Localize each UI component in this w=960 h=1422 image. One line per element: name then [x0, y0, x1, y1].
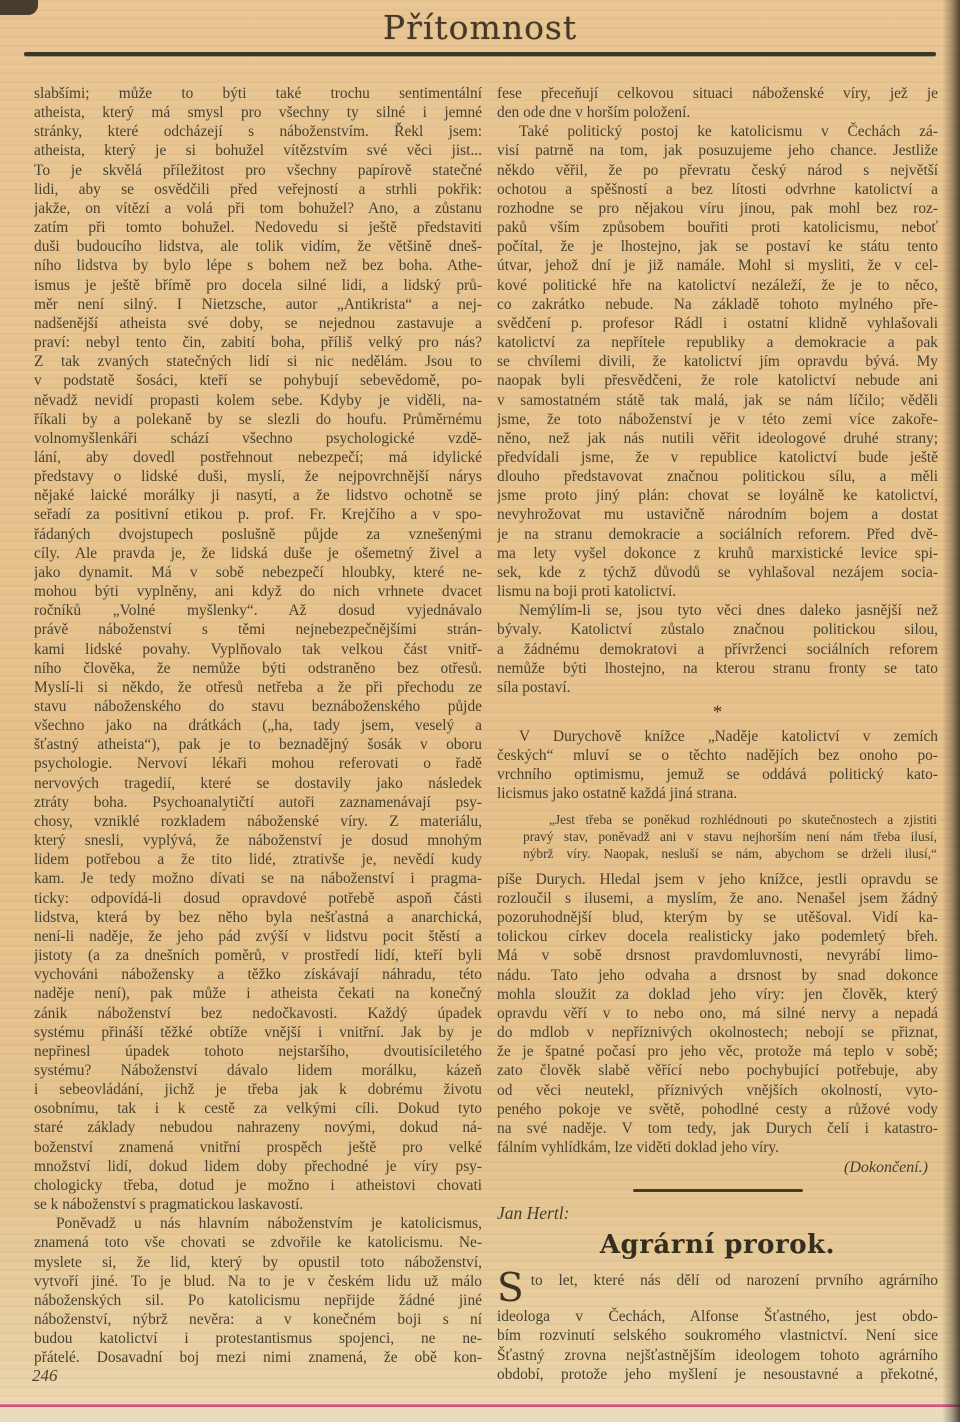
- text-line: atheista, který je si bohužel vítězstvím…: [34, 141, 482, 160]
- text-line: osobnímu, tak i k cestě za velkými cíli.…: [34, 1099, 482, 1118]
- text-line: ochotou a spěšností a bez lítosti odvrhn…: [497, 180, 938, 199]
- text-line: peného pokoje ve světě, pohodlné cesty a…: [497, 1100, 938, 1119]
- text-line: ztráty boha. Psychoanalytičtí autoři zaz…: [34, 793, 482, 812]
- text-line: stavu náboženského do stavu beznábožensk…: [34, 697, 482, 716]
- text-line: jako dynamit. Má v sobě nebezpečí hloubk…: [34, 563, 482, 582]
- text-line: vychováni nábožensky a těžko získávají n…: [34, 965, 482, 984]
- text-line: vrchního optimismu, jemuž se oddává poli…: [497, 765, 938, 784]
- text-line: nýbrž víry. Naopak, nesluší se nám, abyc…: [523, 845, 937, 862]
- quote-block: „Jest třeba se poněkud rozhlédnouti po s…: [523, 811, 937, 863]
- text-line: cíly. Ale pravda je, že lidská duše je o…: [34, 544, 482, 563]
- text-line: kam. Je tedy možno dívati se na nábožens…: [34, 869, 482, 888]
- text-line: mohla sloužit za doklad jeho víry: jen č…: [497, 985, 938, 1004]
- text-line: katolictví za nepřítele republiky a demo…: [497, 333, 938, 352]
- text-line: množství lidí, dokud lidem doby přechodn…: [34, 1157, 482, 1176]
- text-line: něno, než jak nás nutili věřit ideologov…: [497, 429, 938, 448]
- paragraph: Také politický postoj ke katolicismu v Č…: [497, 122, 938, 601]
- text-line: co zakrátko nebude. Na základě tohoto my…: [497, 295, 938, 314]
- text-line: rozhodne se pro nějakou víru jinou, pak …: [497, 199, 938, 218]
- text-line: měr není silný. I Nietzsche, autor „Anti…: [34, 295, 482, 314]
- text-line: zánik náboženství bez nedočkavosti. Každ…: [34, 1004, 482, 1023]
- text-line: v samostatném státě tak malá, jak se nám…: [497, 391, 938, 410]
- text-line: znamená toto vše chovati se zdvořile ke …: [34, 1233, 482, 1252]
- text-line: atheista, který má smysl pro všechny ty …: [34, 103, 482, 122]
- text-line: seřadí za positivní etikou p. prof. Fr. …: [34, 505, 482, 524]
- text-line: představy o lidské duši, myslí, že nejpo…: [34, 467, 482, 486]
- text-line: šťastný atheista“), pak je to beznadějný…: [34, 735, 482, 754]
- text-line: nervových tragedií, které se dostavily j…: [34, 774, 482, 793]
- text-line: tolickou církev docela realisticky jako …: [497, 927, 938, 946]
- text-line: který snesli, vyplývá, že náboženství je…: [34, 831, 482, 850]
- continuation-note: (Dokončení.): [497, 1157, 938, 1179]
- text-line: se k náboženství s pragmatickou laskavos…: [34, 1195, 482, 1214]
- text-line: ideologa v Čechách, Alfonse Šťastného, j…: [497, 1307, 938, 1326]
- text-line: není-li naděje, že jeho pád zvýší v lids…: [34, 927, 482, 946]
- text-line: lidem potřebou a že tito lidé, ztrativše…: [34, 850, 482, 869]
- page-edge-shadow: [942, 0, 960, 1422]
- paragraph: fese přeceňují celkovou situaci nábožens…: [497, 84, 938, 122]
- text-line: Šťastný zrovna nejšťastnějším ideologem …: [497, 1346, 938, 1365]
- text-line: přátelé. Dosavadní boj mezi nimi znamená…: [34, 1348, 482, 1367]
- text-line: ního člověka, že nemůže býti odstraněno …: [34, 659, 482, 678]
- text-line: píše Durych. Hledal jsem v jeho knížce, …: [497, 870, 938, 889]
- text-line: ročníků „Volné myšlenky“. Až dosud vyjed…: [34, 601, 482, 620]
- text-line: staré základy nebudou nahrazeny novými, …: [34, 1118, 482, 1137]
- masthead-rule: [24, 52, 936, 56]
- text-line: do mdlob v nepříznivých okolnostech; neb…: [497, 1023, 938, 1042]
- text-line: nádu. Tato jeho odvaha a drsnost by snad…: [497, 966, 938, 985]
- text-line: českých“ mluví se o těchto nadějích bez …: [497, 746, 938, 765]
- text-line: stránky, které odcházejí s náboženstvím.…: [34, 122, 482, 141]
- text-line: „Jest třeba se poněkud rozhlédnouti po s…: [523, 811, 937, 828]
- text-line: od věci neutekl, příznivých vnějších oko…: [497, 1081, 938, 1100]
- paragraph: V Durychově knížce „Naděje katolictví v …: [497, 727, 938, 804]
- text-line: kami lidské povahy. Vyplňovalo tak velko…: [34, 640, 482, 659]
- page-number: 246: [32, 1366, 58, 1386]
- text-line: počítal, že je lhostejno, jak se postaví…: [497, 237, 938, 256]
- text-line: svědčení p. profesor Rádl i ostatní klid…: [497, 314, 938, 333]
- text-line: duši budoucího lidstva, ale tolik vidím,…: [34, 237, 482, 256]
- text-line: boženství znamená vnitřní prospěch ještě…: [34, 1138, 482, 1157]
- right-text-column: fese přeceňují celkovou situaci nábožens…: [497, 84, 938, 1384]
- text-line: ního lidstva by bylo lépe s bohem než be…: [34, 256, 482, 275]
- text-line: pozoruhodnější blud, kterým by se utěšov…: [497, 908, 938, 927]
- text-line: že je špatné počasí pro jeho věc, protož…: [497, 1042, 938, 1061]
- text-line: systému přináší těžké obtíže vnější i vn…: [34, 1023, 482, 1042]
- text-line: den ode dne v horším položení.: [497, 103, 938, 122]
- text-line: ticky: odpovídá-li dosud opravdové potře…: [34, 889, 482, 908]
- text-line: opravdu věří v to nebo ono, má silné ner…: [497, 1004, 938, 1023]
- text-line: fálním vyhlídkám, lze viděti doklad jeho…: [497, 1138, 938, 1157]
- paragraph: píše Durych. Hledal jsem v jeho knížce, …: [497, 870, 938, 1157]
- text-line: Také politický postoj ke katolicismu v Č…: [497, 122, 938, 141]
- text-line: lismu na boji proti katolictví.: [497, 582, 938, 601]
- text-line: volnomyšlenkáři schází všechno psycholog…: [34, 429, 482, 448]
- text-line: lidi, aby se osvědčili před veřejností a…: [34, 180, 482, 199]
- text-line: jakže, on vítězí a volá při tom bohužel?…: [34, 199, 482, 218]
- text-line: praví: nebyl tento čin, zabití boha, pří…: [34, 333, 482, 352]
- article-author: Jan Hertl:: [497, 1202, 938, 1224]
- text-line: budou katolictví i protestantismus spoje…: [34, 1329, 482, 1348]
- left-text-column: slabšími; může to býti také trochu senti…: [34, 84, 482, 1367]
- text-line: jsme, že toto náboženství je v této zemi…: [497, 410, 938, 429]
- text-line: jsme proto jiný plán: chovat se loyálně …: [497, 486, 938, 505]
- text-line: říkali by a polekaně by se slezli do hou…: [34, 410, 482, 429]
- text-line: všechno jako na drátkách („ha, tady jsem…: [34, 716, 482, 735]
- text-line: slabšími; může to býti také trochu senti…: [34, 84, 482, 103]
- text-line: i sebeovládání, jichž je třeba jak k dob…: [34, 1080, 482, 1099]
- text-line: nemůže býti lhostejno, na kterou stranu …: [497, 659, 938, 678]
- drop-cap: S: [497, 1271, 531, 1307]
- text-line: někdo věřil, že po převratu český národ …: [497, 161, 938, 180]
- text-line: V Durychově knížce „Naděje katolictví v …: [497, 727, 938, 746]
- text-line: pravý stav, poněvadž ani v stavu nejhorš…: [523, 828, 937, 845]
- bottom-margin: [0, 1407, 960, 1422]
- text-line: rozloučil s ilusemi, a myslím, že ano. N…: [497, 889, 938, 908]
- text-line: kové politické hře na katolictví nezálež…: [497, 276, 938, 295]
- text-line: sek, kde z týchž důvodů se vyhlašoval ne…: [497, 563, 938, 582]
- text-line: nadšenější atheista své doby, se nejedno…: [34, 314, 482, 333]
- text-line: a žádnému demokratovi a přívrženci sociá…: [497, 640, 938, 659]
- text-line: právě náboženství s těmi nejnebezpečnějš…: [34, 620, 482, 639]
- text-line: zatím při tomto bohužel. Nedovedu si ješ…: [34, 218, 482, 237]
- text-line: řádaných dvojstupech poslušně půjde za v…: [34, 525, 482, 544]
- text-line: v podstatě šosáci, kteří se pohybují seb…: [34, 371, 482, 390]
- text-line: visí patrně na tom, jak posuzujeme jeho …: [497, 141, 938, 160]
- text-line: něvadž nevidí propasti kolem sebe. Kdyby…: [34, 391, 482, 410]
- text-line: Má v sobě drsnost pravdomluvnosti, nevyr…: [497, 946, 938, 965]
- text-line: síla postaví.: [497, 678, 938, 697]
- paragraph: Sto let, které nás dělí od narození prvn…: [497, 1271, 938, 1384]
- text-line: mohou býti vyplněny, ani když do nich vr…: [34, 582, 482, 601]
- text-line: nepřinesl úpadek tohoto nejstaršího, dvo…: [34, 1042, 482, 1061]
- text-line: fese přeceňují celkovou situaci nábožens…: [497, 84, 938, 103]
- text-line: období, protože jeho myšlení je nesousta…: [497, 1365, 938, 1384]
- text-line: lání, aby dovedl postřehnout nebezpečí; …: [34, 448, 482, 467]
- text-line: licismus jako ostatně každá jiná strana.: [497, 784, 938, 803]
- text-line: na své naděje. V tom tedy, jak Durych če…: [497, 1119, 938, 1138]
- text-line: dlouho představovat značnou politickou s…: [497, 467, 938, 486]
- paragraph: Poněvadž u nás hlavním náboženstvím je k…: [34, 1214, 482, 1367]
- section-separator: *: [497, 702, 938, 724]
- text-line: ma lety vyšel dokonce z kruhů marxistick…: [497, 544, 938, 563]
- text-line: náboženství, nýbrž nevěra: a v konečném …: [34, 1310, 482, 1329]
- text-line: naděje není), pak může i atheista čekati…: [34, 984, 482, 1003]
- text-line: psychologie. Nervoví lékaři mohou refero…: [34, 754, 482, 773]
- paragraph: Nemýlím-li se, jsou tyto věci dnes dalek…: [497, 601, 938, 697]
- text-line: lidstva, která by bez něho byla nešťastn…: [34, 908, 482, 927]
- text-line: chosy, vzniklé rozkladem náboženské víry…: [34, 812, 482, 831]
- paragraph: slabšími; může to býti také trochu senti…: [34, 84, 482, 1214]
- text-line: Z tak zvaných statečných lidí si nic ned…: [34, 352, 482, 371]
- text-line: předvídali jsme, že v republice katolict…: [497, 448, 938, 467]
- text-line: jistoty (a za dnešních poměrů, v prostře…: [34, 946, 482, 965]
- text-line: Sto let, které nás dělí od narození prvn…: [497, 1271, 938, 1307]
- text-line: paků vším způsobem bouřiti proti katolic…: [497, 218, 938, 237]
- text-line: Nemýlím-li se, jsou tyto věci dnes dalek…: [497, 601, 938, 620]
- text-line: myslete si, že lid, který by opustil tot…: [34, 1253, 482, 1272]
- text-line: náboženských sil. Po katolicismu nepřijd…: [34, 1291, 482, 1310]
- magazine-masthead: Přítomnost: [0, 8, 960, 47]
- text-line: ismus je ještě břímě pro docela silné li…: [34, 276, 482, 295]
- text-line: systému? Náboženství dávalo lidem morálk…: [34, 1061, 482, 1080]
- text-line: Myslí-li si někdo, že otřesů netřeba a ž…: [34, 678, 482, 697]
- text-line: nějaké laické morálky ji nasytí, a že li…: [34, 486, 482, 505]
- text-line: To je skvělá příležitost pro všechny pap…: [34, 161, 482, 180]
- text-line: je na stranu demokracie a sociálních ref…: [497, 525, 938, 544]
- divider-rule: [633, 1189, 803, 1192]
- article-headline: Agrární prorok.: [497, 1230, 938, 1260]
- text-line: bývaly. Katolictví zůstalo značnou polit…: [497, 620, 938, 639]
- text-line: útvar, jehož dní je již namále. Mohl si …: [497, 256, 938, 275]
- text-line: nevyhrožovat mu ustavičně národním bojem…: [497, 505, 938, 524]
- text-line: bím rozvinutí selského soukromého vlastn…: [497, 1326, 938, 1345]
- text-line: vytvoří jiné. To je blud. Na to je v čes…: [34, 1272, 482, 1291]
- text-line: chologicky třeba, dotud je možno i athei…: [34, 1176, 482, 1195]
- text-line: zato člověk slabě věřící nebo pochybujíc…: [497, 1061, 938, 1080]
- text-line: naopak byli přesvědčeni, že role katolic…: [497, 371, 938, 390]
- text-line: se chvílemi divili, že katolictví jím op…: [497, 352, 938, 371]
- text-line: Poněvadž u nás hlavním náboženstvím je k…: [34, 1214, 482, 1233]
